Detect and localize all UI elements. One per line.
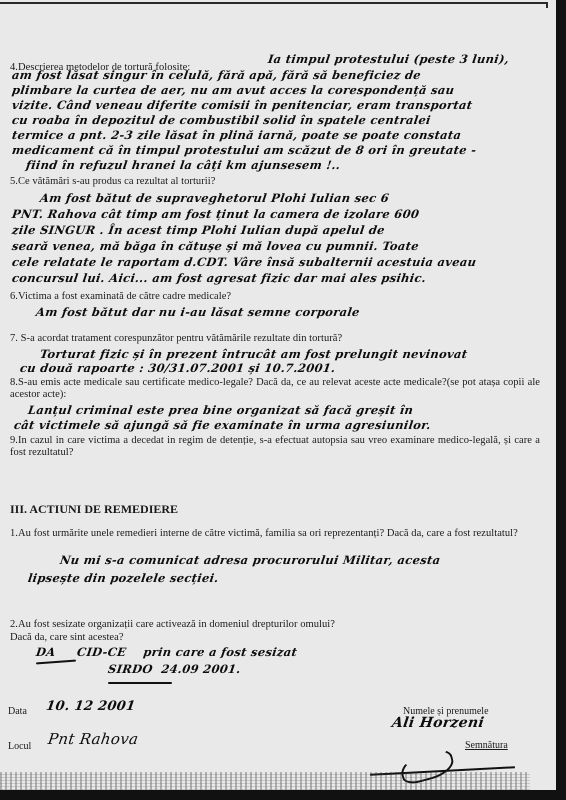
place-label: Locul (8, 741, 31, 752)
q5-answer-line: PNT. Rahova cât timp am fost ținut la ca… (11, 207, 420, 222)
top-rule (0, 2, 548, 4)
remedy-q2-answer-line: SIRDO 24.09 2001. (107, 662, 242, 677)
q4-answer-line: vizite. Când veneau diferite comisii în … (11, 98, 473, 113)
remedy-question-2-label-line1: 2.Au fost sesizate organizații care acti… (10, 619, 335, 631)
q6-answer-line: Am fost bătut dar nu i-au lăsat semne co… (35, 305, 361, 320)
q8-answer-line: Lanțul criminal este prea bine organizat… (27, 403, 414, 418)
q7-answer-line: Torturat fizic și în prezent întrucât am… (39, 347, 469, 362)
question-7-label: 7. S-a acordat tratament corespunzător p… (10, 333, 342, 345)
remedy-question-1-label: 1.Au fost urmărite unele remedieri inter… (10, 528, 540, 540)
remedy-q1-answer-line: lipsește din pozelele secției. (27, 571, 220, 586)
question-9-label: 9.In cazul in care victima a decedat in … (10, 435, 540, 459)
signature-label: Semnătura (465, 740, 508, 751)
q4-answer-line: plimbare la curtea de aer, nu am avut ac… (11, 83, 455, 98)
q4-answer-line: am fost lăsat singur în celulă, fără apă… (11, 68, 422, 83)
q4-answer-line: medicament că în timpul protestului am s… (11, 143, 477, 158)
handwritten-underline (36, 660, 76, 665)
q4-answer-line: termice a pnt. 2-3 zile lăsat în plină i… (11, 128, 462, 143)
q4-answer-line: fiind în refuzul hranei la câți km ajuns… (25, 158, 341, 173)
remedy-q1-answer-line: Nu mi s-a comunicat adresa procurorului … (59, 553, 441, 568)
q4-answer-line: Ia timpul protestului (peste 3 luni), (267, 52, 510, 67)
name-value: Ali Horzeni (391, 716, 485, 731)
date-value: 10. 12 2001 (45, 700, 136, 715)
date-label: Data (8, 706, 27, 717)
top-rule-tick (546, 2, 548, 8)
scanned-form-page: 4.Descrierea metodelor de tortură folosi… (0, 0, 556, 790)
q5-answer-line: zile SINGUR . În acest timp Plohi Iulian… (11, 223, 386, 238)
question-6-label: 6.Victima a fost examinată de către cadr… (10, 291, 231, 303)
scan-edge-right (556, 0, 566, 800)
q5-answer-line: concursul lui. Aici... am fost agresat f… (11, 271, 427, 286)
scan-edge-bottom (0, 790, 566, 800)
section-title: III. ACTIUNI DE REMEDIERE (10, 502, 178, 517)
question-8-label: 8.S-au emis acte medicale sau certificat… (10, 377, 540, 401)
remedy-q2-answer-line: DA CID-CE prin care a fost sesizat (35, 645, 298, 660)
question-5-label: 5.Ce vătămări s-au produs ca rezultat al… (10, 176, 215, 188)
q8-answer-line: cât victimele să ajungă să fie examinate… (13, 418, 432, 433)
scan-noise-strip (0, 772, 530, 790)
q4-answer-line: cu roaba în depozitul de combustibil sol… (11, 113, 432, 128)
place-value: Pnt Rahova (47, 732, 139, 747)
handwritten-underline (108, 682, 172, 684)
q5-answer-line: Am fost bătut de supraveghetorul Plohi I… (39, 191, 390, 206)
q7-answer-line: cu două rapoarte : 30/31.07.2001 și 10.7… (19, 361, 336, 376)
q5-answer-line: seară venea, mă băga în cătușe și mă lov… (11, 239, 420, 254)
q5-answer-line: cele relatate le raportam d.CDT. Vâre în… (11, 255, 477, 270)
remedy-question-2-label-line2: Dacă da, care sint acestea? (10, 632, 124, 644)
